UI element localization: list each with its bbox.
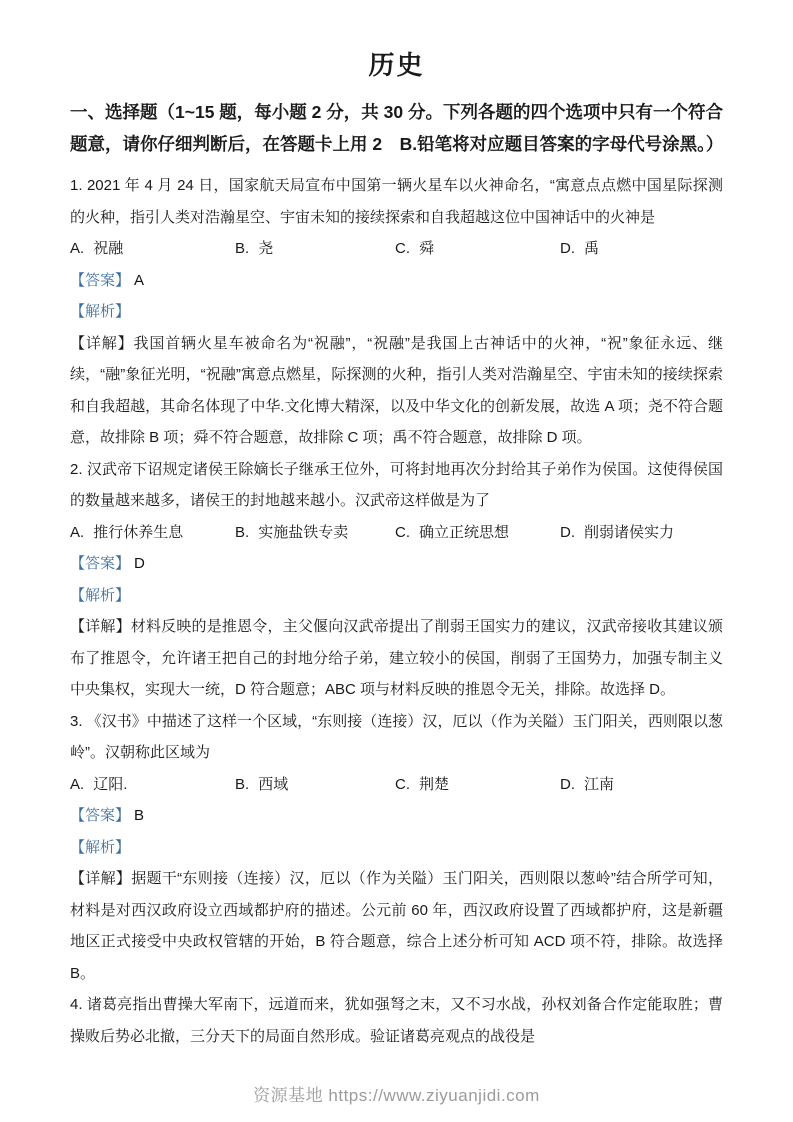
option-b-text: 实施盐铁专卖 — [258, 524, 348, 541]
answer-value: A — [134, 272, 144, 289]
detail-text: 我国首辆火星车被命名为“祝融”，“祝融”是我国上古神话中的火神，“祝”象征永远、… — [70, 335, 723, 447]
option-c-text: 荆楚 — [419, 776, 449, 793]
detail-label: 【详解】 — [70, 618, 131, 635]
option-b-label: B. — [235, 776, 249, 793]
answer-label: 【答案】 — [70, 555, 130, 572]
option-d-label: D. — [560, 776, 575, 793]
option-d: D.江南 — [560, 769, 723, 801]
option-b-text: 西域 — [258, 776, 288, 793]
question-1-analysis-line: 【解析】 — [70, 296, 723, 328]
detail-label: 【详解】 — [70, 870, 131, 887]
question-1-stem: 1. 2021 年 4 月 24 日，国家航天局宣布中国第一辆火星车以火神命名，… — [70, 170, 723, 233]
detail-label: 【详解】 — [70, 335, 133, 352]
option-d: D.禹 — [560, 233, 723, 265]
questions-content: 1. 2021 年 4 月 24 日，国家航天局宣布中国第一辆火星车以火神命名，… — [70, 170, 723, 1052]
option-d-text: 江南 — [584, 776, 614, 793]
option-a-label: A. — [70, 240, 84, 257]
option-d: D.削弱诸侯实力 — [560, 517, 723, 549]
exam-page: 历史 一、选择题（1~15 题，每小题 2 分，共 30 分。下列各题的四个选项… — [0, 0, 793, 1052]
question-2-analysis-line: 【解析】 — [70, 580, 723, 612]
question-3-answer-line: 【答案】B — [70, 800, 723, 832]
page-title: 历史 — [70, 48, 723, 82]
option-b-label: B. — [235, 524, 249, 541]
option-a: A.祝融 — [70, 233, 235, 265]
option-a-text: 辽阳. — [93, 776, 127, 793]
option-c: C.荆楚 — [395, 769, 560, 801]
option-c-text: 确立正统思想 — [419, 524, 509, 541]
section-header: 一、选择题（1~15 题，每小题 2 分，共 30 分。下列各题的四个选项中只有… — [70, 96, 723, 160]
option-b: B.西域 — [235, 769, 395, 801]
option-d-label: D. — [560, 240, 575, 257]
option-a: A.推行休养生息 — [70, 517, 235, 549]
option-a-label: A. — [70, 776, 84, 793]
option-b: B.实施盐铁专卖 — [235, 517, 395, 549]
option-d-text: 禹 — [584, 240, 599, 257]
option-a: A.辽阳. — [70, 769, 235, 801]
question-1-detail: 【详解】我国首辆火星车被命名为“祝融”，“祝融”是我国上古神话中的火神，“祝”象… — [70, 328, 723, 454]
option-d-text: 削弱诸侯实力 — [584, 524, 674, 541]
option-a-text: 推行休养生息 — [93, 524, 183, 541]
answer-value: B — [134, 807, 144, 824]
answer-label: 【答案】 — [70, 807, 130, 824]
question-2-options: A.推行休养生息 B.实施盐铁专卖 C.确立正统思想 D.削弱诸侯实力 — [70, 517, 723, 549]
option-c-label: C. — [395, 776, 410, 793]
question-2-detail: 【详解】材料反映的是推恩令，主父偃向汉武帝提出了削弱王国实力的建议，汉武帝接收其… — [70, 611, 723, 706]
option-c-text: 舜 — [419, 240, 434, 257]
option-c: C.舜 — [395, 233, 560, 265]
option-b-label: B. — [235, 240, 249, 257]
question-1: 1. 2021 年 4 月 24 日，国家航天局宣布中国第一辆火星车以火神命名，… — [70, 170, 723, 454]
option-c-label: C. — [395, 240, 410, 257]
option-a-text: 祝融 — [93, 240, 123, 257]
answer-value: D — [134, 555, 145, 572]
option-c: C.确立正统思想 — [395, 517, 560, 549]
detail-text: 材料反映的是推恩令，主父偃向汉武帝提出了削弱王国实力的建议，汉武帝接收其建议颁布… — [70, 618, 723, 698]
analysis-label: 【解析】 — [70, 587, 130, 604]
footer-watermark: 资源基地 https://www.ziyuanjidi.com — [0, 1081, 793, 1106]
question-2-stem: 2. 汉武帝下诏规定诸侯王除嫡长子继承王位外，可将封地再次分封给其子弟作为侯国。… — [70, 454, 723, 517]
question-3-analysis-line: 【解析】 — [70, 832, 723, 864]
question-2-answer-line: 【答案】D — [70, 548, 723, 580]
option-a-label: A. — [70, 524, 84, 541]
question-4-stem: 4. 诸葛亮指出曹操大军南下，远道而来，犹如强弩之末，又不习水战，孙权刘备合作定… — [70, 989, 723, 1052]
option-d-label: D. — [560, 524, 575, 541]
question-3-stem: 3. 《汉书》中描述了这样一个区域，“东则接（连接）汉，厄以（作为关隘）玉门阳关… — [70, 706, 723, 769]
analysis-label: 【解析】 — [70, 303, 130, 320]
question-2: 2. 汉武帝下诏规定诸侯王除嫡长子继承王位外，可将封地再次分封给其子弟作为侯国。… — [70, 454, 723, 706]
detail-text: 据题干“东则接（连接）汉，厄以（作为关隘）玉门阳关，西则限以葱岭”结合所学可知，… — [70, 870, 723, 982]
option-c-label: C. — [395, 524, 410, 541]
question-4: 4. 诸葛亮指出曹操大军南下，远道而来，犹如强弩之末，又不习水战，孙权刘备合作定… — [70, 989, 723, 1052]
analysis-label: 【解析】 — [70, 839, 130, 856]
question-1-options: A.祝融 B.尧 C.舜 D.禹 — [70, 233, 723, 265]
answer-label: 【答案】 — [70, 272, 130, 289]
question-1-answer-line: 【答案】A — [70, 265, 723, 297]
question-3-options: A.辽阳. B.西域 C.荆楚 D.江南 — [70, 769, 723, 801]
option-b: B.尧 — [235, 233, 395, 265]
question-3-detail: 【详解】据题干“东则接（连接）汉，厄以（作为关隘）玉门阳关，西则限以葱岭”结合所… — [70, 863, 723, 989]
question-3: 3. 《汉书》中描述了这样一个区域，“东则接（连接）汉，厄以（作为关隘）玉门阳关… — [70, 706, 723, 990]
option-b-text: 尧 — [258, 240, 273, 257]
